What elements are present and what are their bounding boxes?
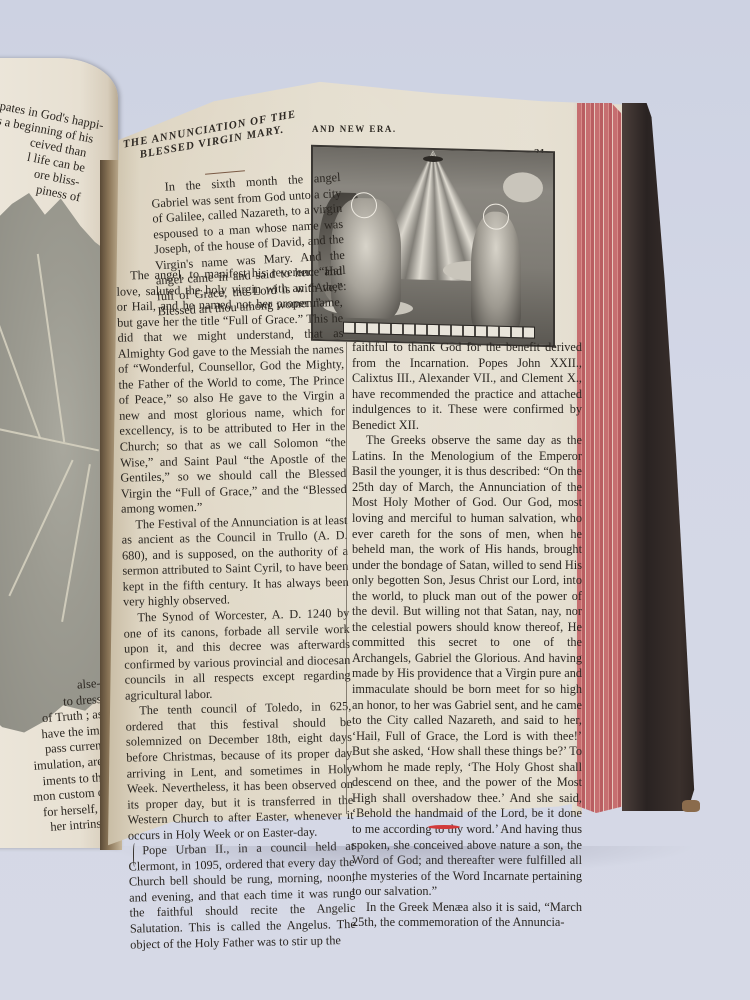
paragraph: The tenth council of Toledo, in 625, ord… <box>125 699 354 844</box>
annunciation-engraving <box>311 145 555 347</box>
mary-halo <box>483 203 509 230</box>
paragraph: The Festival of the Annunciation is at l… <box>121 513 349 611</box>
paragraph: The Synod of Worcester, A. D. 1240 by on… <box>123 606 351 704</box>
leaf-vein <box>8 460 73 597</box>
leaf-vein <box>0 278 41 438</box>
cloud <box>503 172 543 203</box>
column-rule <box>346 342 347 814</box>
paragraph: In the Greek Menæa also it is said, “Mar… <box>352 900 582 931</box>
book-photo: ipates in God's happi- is a beginning of… <box>0 0 750 1000</box>
leaf-vein <box>0 427 99 452</box>
leaf-vein <box>37 254 65 442</box>
right-column: faithful to thank God for the benefit de… <box>352 340 582 931</box>
worn-cover-corner <box>682 800 700 812</box>
angel-halo <box>351 192 377 219</box>
left-page-top-text: ipates in God's happi- is a beginning of… <box>0 98 116 209</box>
pressed-leaf <box>0 193 112 738</box>
leaf-vein <box>61 464 91 622</box>
paragraph: faithful to thank God for the benefit de… <box>352 340 582 433</box>
paragraph: The Greeks observe the same day as the L… <box>352 433 582 899</box>
book-cover <box>622 103 704 811</box>
loose-thread <box>133 843 137 867</box>
book-shadow <box>100 846 700 876</box>
left-page-bottom-text: alse- to dress of Truth ; as have the im… <box>0 676 111 839</box>
red-edge-mark <box>428 825 460 829</box>
paragraph: The angel, to manifest his reverence and… <box>116 264 347 517</box>
red-page-edges <box>577 103 625 813</box>
running-header: AND NEW ERA. <box>312 124 397 134</box>
